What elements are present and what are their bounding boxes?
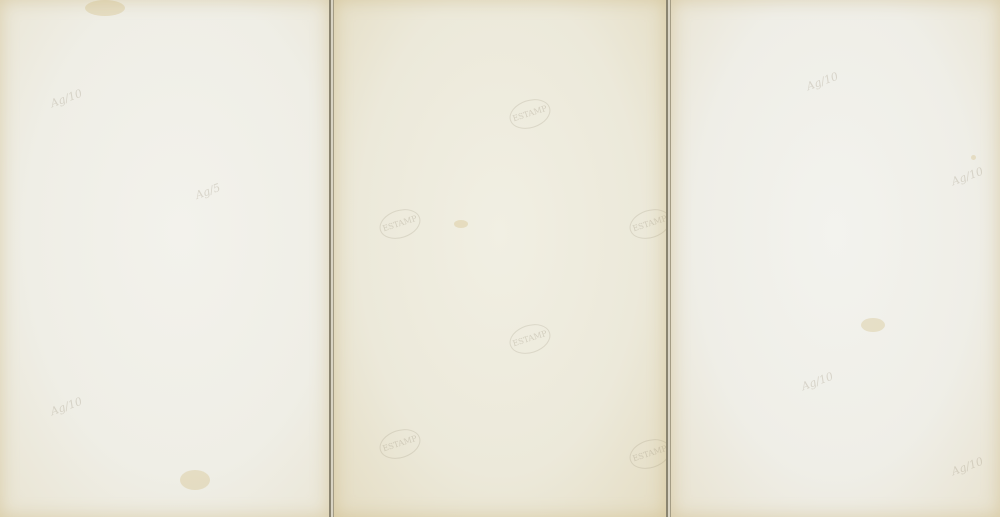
faded-stamp: ESTAMP — [626, 204, 668, 244]
pencil-mark: Ag/10 — [950, 165, 985, 188]
paper-card-left: Ag/10 Ag/5 Ag/10 — [0, 0, 331, 517]
age-stain — [454, 220, 468, 228]
age-stain — [861, 318, 885, 332]
pencil-mark: Ag/10 — [950, 455, 985, 478]
paper-card-middle: ESTAMP ESTAMP ESTAMP ESTAMP ESTAMP ESTAM… — [333, 0, 668, 517]
faded-stamp: ESTAMP — [506, 94, 555, 134]
faded-stamp: ESTAMP — [626, 434, 668, 474]
pencil-mark: Ag/10 — [49, 87, 84, 110]
age-stain — [971, 155, 976, 160]
faded-stamp: ESTAMP — [376, 424, 425, 464]
faded-stamp: ESTAMP — [376, 204, 425, 244]
pencil-mark: Ag/5 — [194, 181, 223, 202]
pencil-mark: Ag/10 — [800, 370, 835, 393]
pencil-mark: Ag/10 — [49, 395, 84, 418]
age-stain — [85, 0, 125, 16]
paper-card-right: Ag/10 Ag/10 Ag/10 Ag/10 — [670, 0, 1000, 517]
faded-stamp: ESTAMP — [506, 319, 555, 359]
pencil-mark: Ag/10 — [805, 70, 840, 93]
age-stain — [180, 470, 210, 490]
